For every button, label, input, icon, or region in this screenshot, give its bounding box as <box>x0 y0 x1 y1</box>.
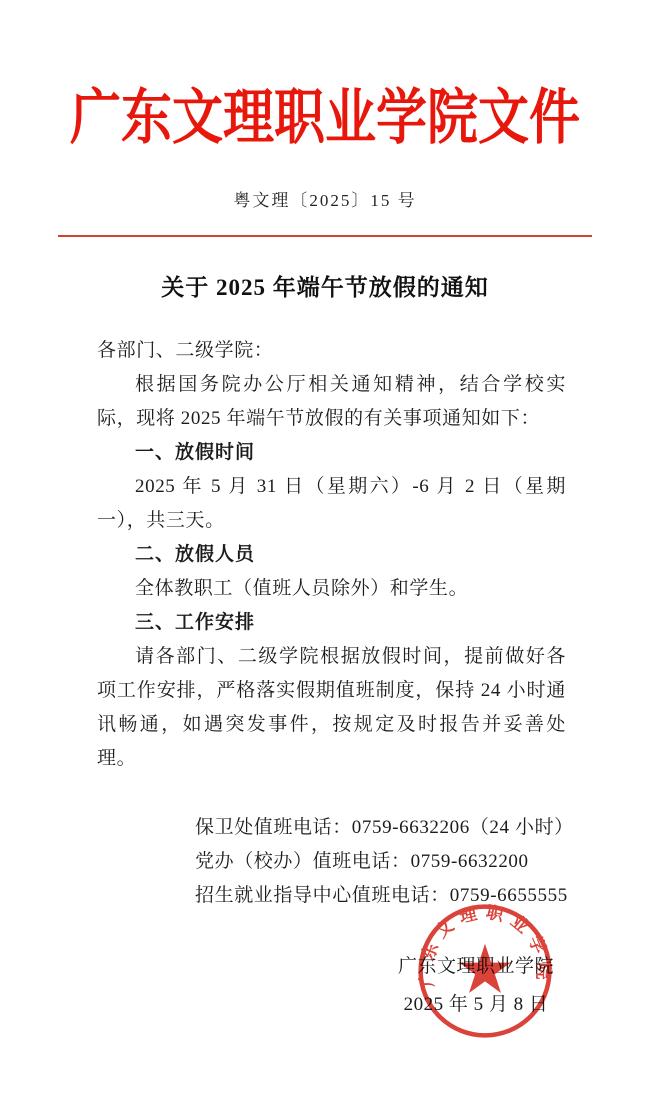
contact-line-party-office: 党办（校办）值班电话：0759-6632200 <box>195 845 650 879</box>
signature-date: 2025 年 5 月 8 日 <box>376 986 576 1024</box>
section-3-heading: 三、工作安排 <box>97 606 566 640</box>
document-page: 广东文理职业学院文件 粤文理〔2025〕15 号 关于 2025 年端午节放假的… <box>0 0 650 1099</box>
intro-paragraph: 根据国务院办公厅相关通知精神，结合学校实际，现将 2025 年端午节放假的有关事… <box>97 368 566 436</box>
section-1-heading: 一、放假时间 <box>97 436 566 470</box>
section-1-body: 2025 年 5 月 31 日（星期六）-6 月 2 日（星期一），共三天。 <box>97 470 566 538</box>
doc-title: 关于 2025 年端午节放假的通知 <box>0 269 650 302</box>
section-2-body: 全体教职工（值班人员除外）和学生。 <box>97 572 566 606</box>
contact-line-security: 保卫处值班电话：0759-6632206（24 小时） <box>195 811 650 845</box>
school-masthead-title: 广东文理职业学院文件 <box>0 86 650 152</box>
contact-list: 保卫处值班电话：0759-6632206（24 小时） 党办（校办）值班电话：0… <box>195 811 650 913</box>
red-divider-line <box>58 235 592 237</box>
signature-name: 广东文理职业学院 <box>376 948 576 986</box>
section-2-heading: 二、放假人员 <box>97 538 566 572</box>
signature-block: 广东文理职业学院 2025 年 5 月 8 日 <box>376 948 576 1024</box>
salutation: 各部门、二级学院： <box>97 334 566 368</box>
doc-number: 粤文理〔2025〕15 号 <box>0 186 650 211</box>
section-3-body: 请各部门、二级学院根据放假时间，提前做好各项工作安排，严格落实假期值班制度，保持… <box>97 640 566 776</box>
document-body: 各部门、二级学院： 根据国务院办公厅相关通知精神，结合学校实际，现将 2025 … <box>0 334 650 776</box>
contact-line-admissions: 招生就业指导中心值班电话：0759-6655555 <box>195 879 650 913</box>
